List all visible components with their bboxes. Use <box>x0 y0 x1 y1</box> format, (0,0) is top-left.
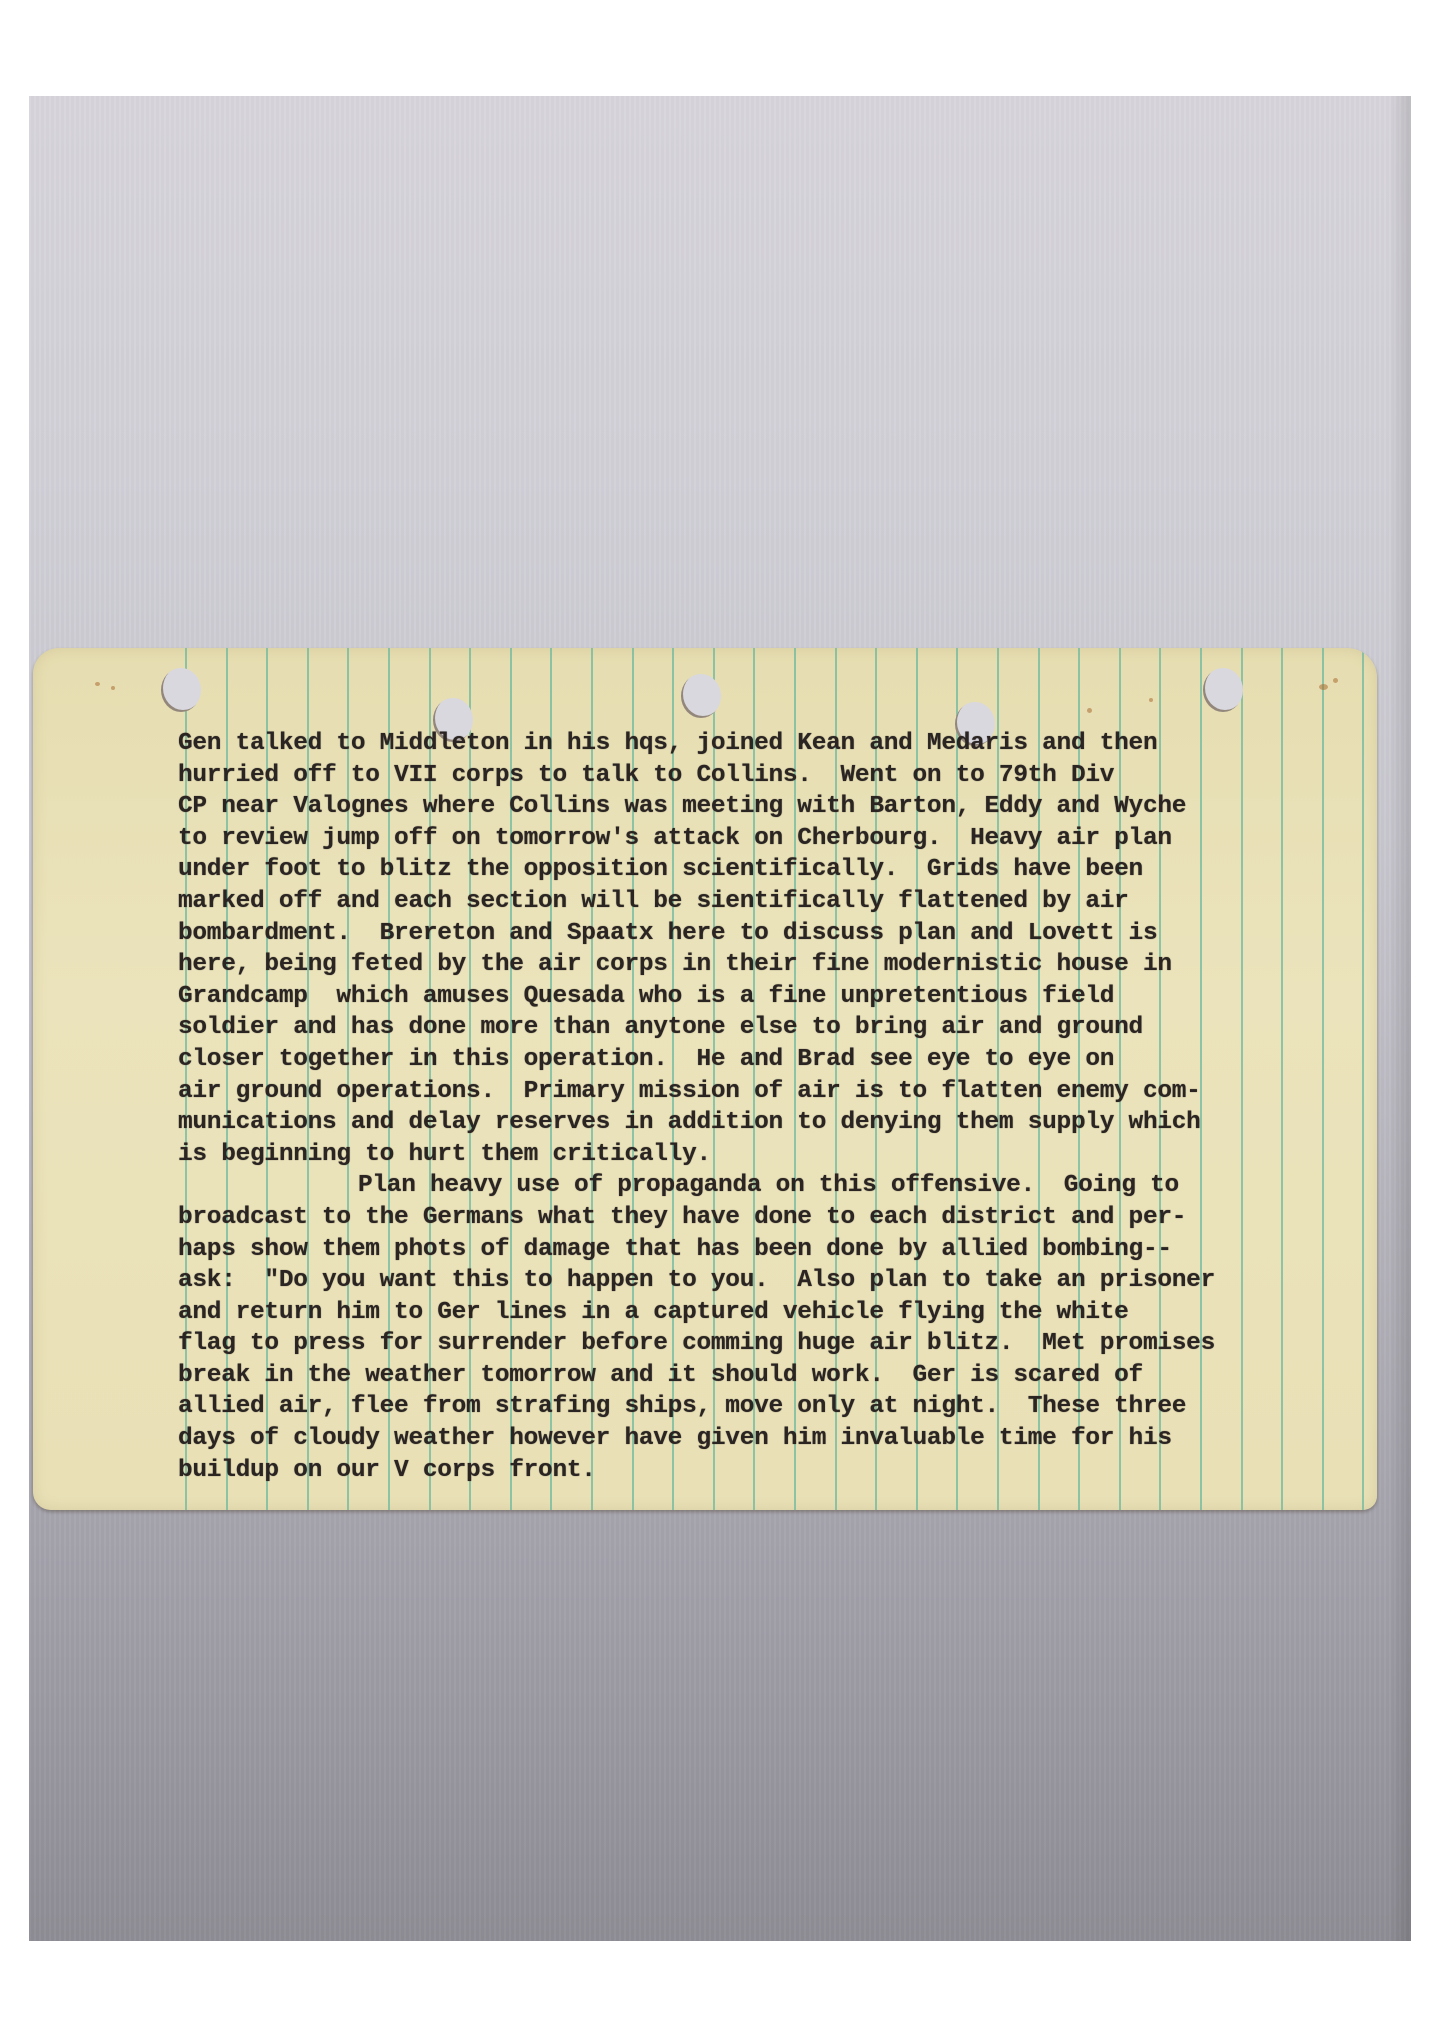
text-line: bombardment. Brereton and Spaatx here to… <box>178 918 1358 950</box>
typewritten-text: Gen talked to Middleton in his hqs, join… <box>178 728 1358 1486</box>
punch-hole <box>681 674 721 718</box>
text-line: hurried off to VII corps to talk to Coll… <box>178 760 1358 792</box>
stain-mark <box>1319 684 1328 690</box>
text-line: CP near Valognes where Collins was meeti… <box>178 791 1358 823</box>
stain-mark <box>1149 698 1153 702</box>
stain-mark <box>111 686 115 690</box>
stain-mark <box>1087 708 1092 713</box>
text-line: days of cloudy weather however have give… <box>178 1423 1358 1455</box>
text-line: Plan heavy use of propaganda on this off… <box>178 1170 1358 1202</box>
text-line: under foot to blitz the opposition scien… <box>178 854 1358 886</box>
stain-mark <box>95 682 100 686</box>
text-line: broadcast to the Germans what they have … <box>178 1202 1358 1234</box>
text-line: break in the weather tomorrow and it sho… <box>178 1360 1358 1392</box>
text-line: Gen talked to Middleton in his hqs, join… <box>178 728 1358 760</box>
bleed-through-text <box>149 396 651 421</box>
text-line: marked off and each section will be sien… <box>178 886 1358 918</box>
punch-hole <box>161 668 201 712</box>
text-line: haps show them phots of damage that has … <box>178 1234 1358 1266</box>
text-line: closer together in this operation. He an… <box>178 1044 1358 1076</box>
text-line: and return him to Ger lines in a capture… <box>178 1297 1358 1329</box>
text-line: air ground operations. Primary mission o… <box>178 1076 1358 1108</box>
text-line: is beginning to hurt them critically. <box>178 1139 1358 1171</box>
ruled-line <box>1362 648 1364 1510</box>
text-line: here, being feted by the air corps in th… <box>178 949 1358 981</box>
text-line: Grandcamp which amuses Quesada who is a … <box>178 981 1358 1013</box>
text-line: to review jump off on tomorrow's attack … <box>178 823 1358 855</box>
punch-hole <box>1203 668 1243 712</box>
text-line: munications and delay reserves in additi… <box>178 1107 1358 1139</box>
text-line: soldier and has done more than anytone e… <box>178 1012 1358 1044</box>
text-line: flag to press for surrender before commi… <box>178 1328 1358 1360</box>
stain-mark <box>1333 678 1338 683</box>
text-line: ask: "Do you want this to happen to you.… <box>178 1265 1358 1297</box>
text-line: allied air, flee from strafing ships, mo… <box>178 1391 1358 1423</box>
index-card: Gen talked to Middleton in his hqs, join… <box>33 648 1377 1510</box>
text-line: buildup on our V corps front. <box>178 1455 1358 1487</box>
document-photo: Gen talked to Middleton in his hqs, join… <box>29 96 1411 1941</box>
